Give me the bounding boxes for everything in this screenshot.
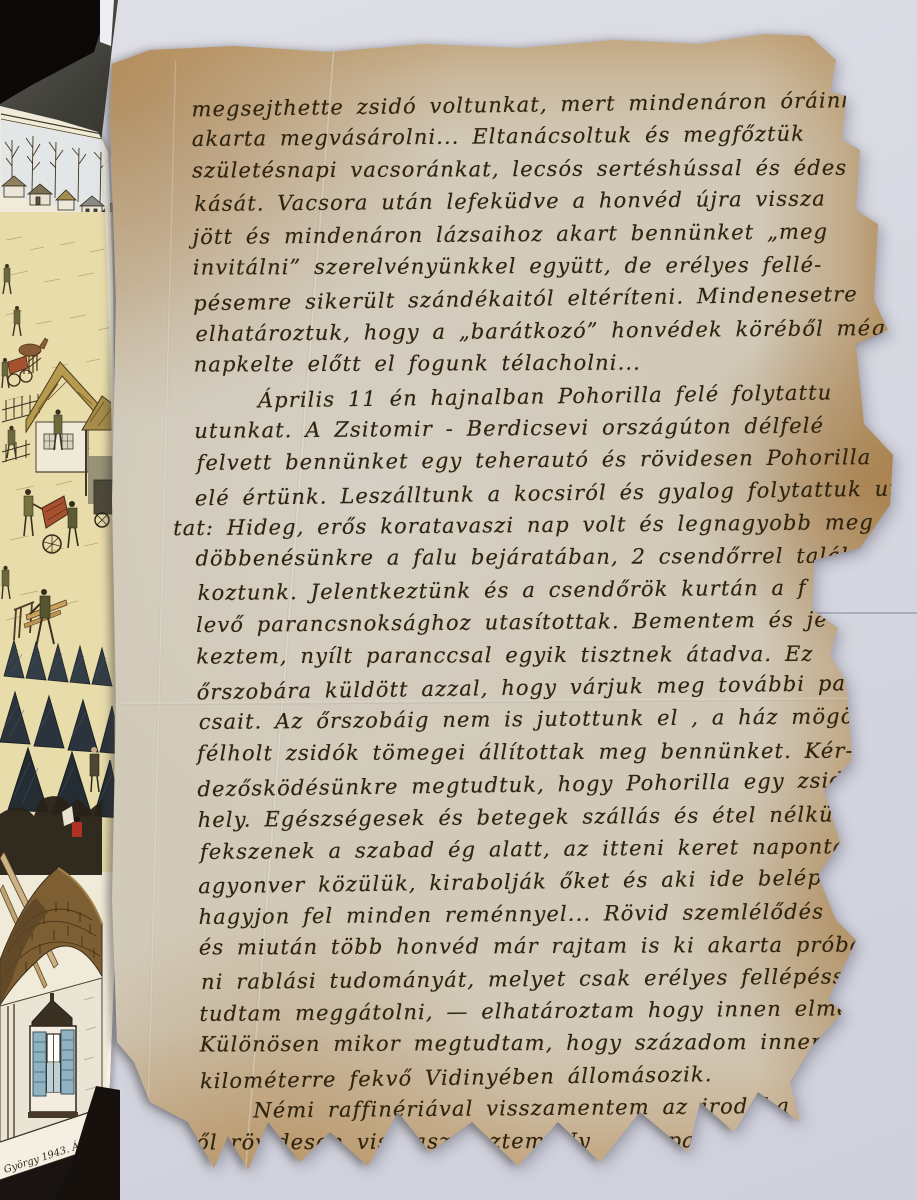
handwriting-line: csait. Az őrszobáig nem is jutottunk el …: [199, 700, 889, 738]
handwriting-line: elhatároztuk, hogy a „barátkozó” honvéde…: [195, 312, 885, 350]
handwriting-line: kását. Vacsora után lefeküdve a honvéd ú…: [194, 182, 884, 220]
handwriting-line: ni rablási tudományát, melyet csak erély…: [201, 960, 891, 998]
handwriting-line: Némi raffinériával visszamentem az irodá…: [202, 1089, 892, 1127]
handwriting-line: től rövidesen visszaszereztem Ny parancs…: [186, 1123, 890, 1158]
diary-page-wrap: megsejthette zsidó voltunkat, mert minde…: [0, 0, 917, 1200]
handwriting-line: tudtam meggátolni, — elhatároztam hogy i…: [199, 992, 889, 1030]
handwriting-line: koztunk. Jelentkeztünk és a csendőrök ku…: [198, 571, 888, 609]
handwriting-line: jött és mindenáron lázsaihoz akart bennü…: [192, 215, 882, 253]
diary-page: megsejthette zsidó voltunkat, mert minde…: [0, 0, 917, 1200]
photograph-of-open-album: György 1943. Áprilisi 10 megsejthette zs…: [0, 0, 917, 1200]
handwriting-line: Különösen mikor megtudtam, hogy századom…: [200, 1026, 890, 1061]
handwriting-block: megsejthette zsidó voltunkat, mert minde…: [191, 85, 890, 1160]
handwriting-line: születésnapi vacsoránkat, lecsós sertésh…: [192, 151, 882, 186]
handwriting-line: döbbenésünkre a falu bejáratában, 2 csen…: [195, 540, 885, 575]
handwriting-line: levő parancsnoksághoz utasítottak. Bemen…: [196, 603, 886, 641]
handwriting-line: és miután több honvéd már rajtam is ki a…: [199, 929, 889, 964]
handwriting-line: napkelte előtt el fogunk télacholni...: [194, 346, 884, 381]
